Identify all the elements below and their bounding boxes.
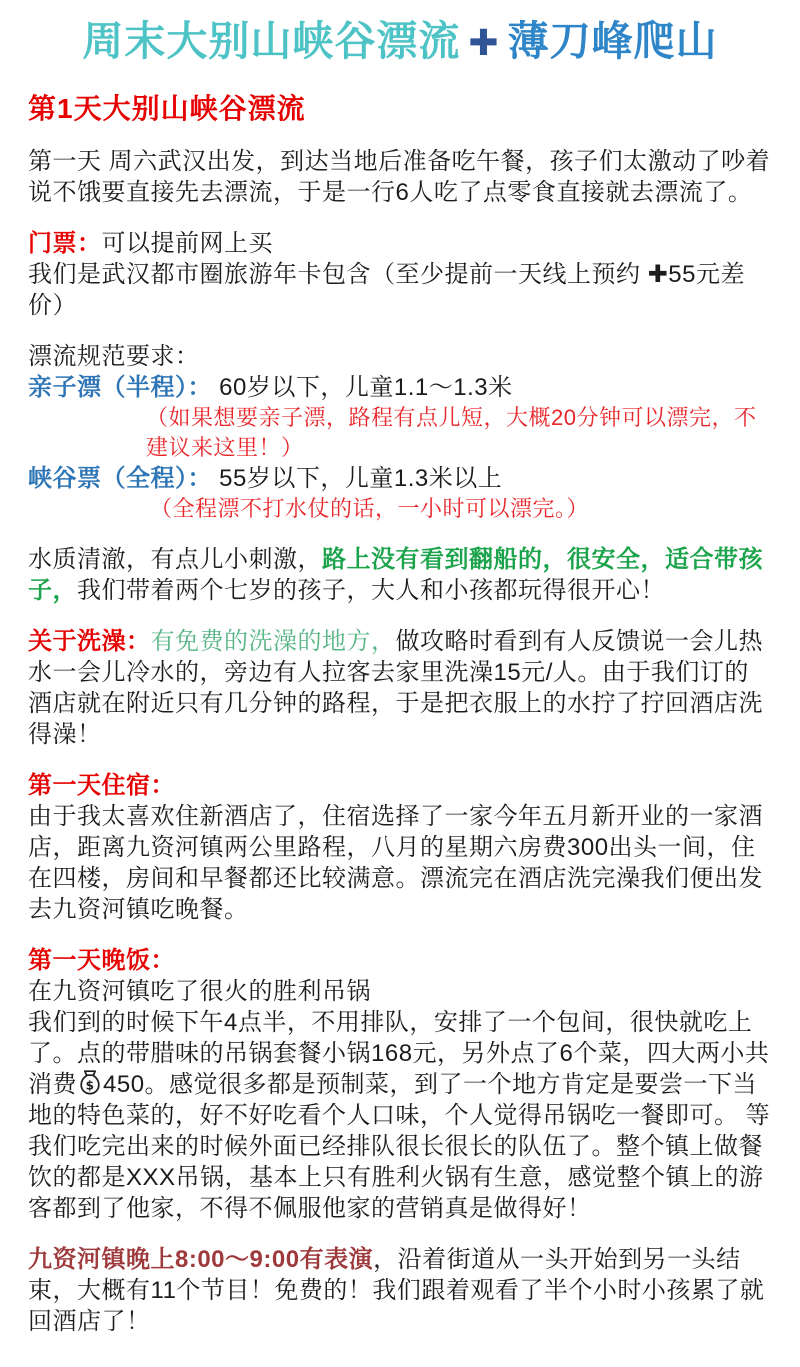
text-run: 450。感觉很多都是预制菜，到了一个地方肯定是要尝一下当地的特色菜的，好不好吃看… (28, 1071, 770, 1222)
dinner-paragraph: 我们到的时候下午4点半，不用排队，安排了一个包间，很快就吃上了。点的带腊味的吊锅… (28, 1007, 772, 1224)
family-raft-line: 亲子漂（半程）： 60岁以下，儿童1.1～1.3米 (28, 372, 772, 403)
canyon-ticket-note: （全程漂不打水仗的话，一小时可以漂完。） (28, 494, 772, 524)
ticket-detail-line: 我们是武汉都市圈旅游年卡包含（至少提前一天线上预约 ✚55元差价） (28, 259, 772, 321)
shower-paragraph: 关于洗澡：有免费的洗澡的地方，做攻略时看到有人反馈说一会儿热水一会儿冷水的，旁边… (28, 626, 772, 750)
ticket-paragraph: 门票：可以提前网上买 (28, 228, 772, 259)
canyon-ticket-line: 峡谷票（全程）： 55岁以下，儿童1.3米以上 (28, 463, 772, 494)
evening-show-paragraph: 九资河镇晚上8:00～9:00有表演，沿着街道从一头开始到另一头结束，大概有11… (28, 1244, 772, 1337)
text-run: 水质清澈，有点儿小刺激， (28, 546, 322, 573)
text-run: （全程漂不打水仗的话，一小时可以漂完。） (150, 496, 589, 521)
text-run: 九资河镇晚上8:00～9:00有表演 (28, 1246, 373, 1273)
text-run: 55岁以下，儿童1.3米以上 (212, 465, 502, 492)
text-run: 可以提前网上买 (102, 230, 274, 257)
text-run: 60岁以下，儿童1.1～1.3米 (212, 374, 513, 401)
travel-notes-page: 周末大别山峡谷漂流✚薄刀峰爬山 第1天大别山峡谷漂流 第一天 周六武汉出发，到达… (0, 0, 800, 1367)
plus-icon: ✚ (468, 22, 499, 63)
water-quality-paragraph: 水质清澈，有点儿小刺激，路上没有看到翻船的，很安全，适合带孩子，我们带着两个七岁… (28, 544, 772, 606)
page-title: 周末大别山峡谷漂流✚薄刀峰爬山 (28, 16, 772, 68)
day1-heading: 第1天大别山峡谷漂流 (28, 92, 772, 126)
text-run: （如果想要亲子漂，路程有点儿短，大概20分钟可以漂完，不建议来这里！） (146, 405, 756, 460)
dinner-heading: 第一天晚饭： (28, 945, 772, 976)
text-run: 第一天住宿： (28, 772, 175, 799)
lodging-heading: 第一天住宿： (28, 770, 772, 801)
text-run: 第一天晚饭： (28, 947, 175, 974)
family-raft-note: （如果想要亲子漂，路程有点儿短，大概20分钟可以漂完，不建议来这里！） (28, 403, 772, 463)
text-run: 漂流规范要求： (28, 343, 200, 370)
text-run: 有免费的洗澡的地方， (151, 628, 396, 655)
intro-paragraph: 第一天 周六武汉出发，到达当地后准备吃午餐，孩子们太激动了吵着说不饿要直接先去漂… (28, 146, 772, 208)
text-run: 第一天 周六武汉出发，到达当地后准备吃午餐，孩子们太激动了吵着说不饿要直接先去漂… (28, 148, 770, 206)
title-hiking-part: 薄刀峰爬山 (508, 18, 718, 64)
money-bag-icon: $ (78, 1069, 102, 1095)
text-run: ： (188, 465, 213, 492)
text-run: 由于我太喜欢住新酒店了，住宿选择了一家今年五月新开业的一家酒店，距离九资河镇两公… (28, 803, 763, 923)
document-body: 第一天 周六武汉出发，到达当地后准备吃午餐，孩子们太激动了吵着说不饿要直接先去漂… (28, 146, 772, 1337)
text-run: 我们带着两个七岁的孩子，大人和小孩都玩得很开心！ (77, 577, 665, 604)
svg-text:$: $ (86, 1079, 95, 1093)
dinner-restaurant-line: 在九资河镇吃了很火的胜利吊锅 (28, 976, 772, 1007)
text-run: 我们是武汉都市圈旅游年卡包含（至少提前一天线上预约 ✚55元差价） (28, 261, 745, 319)
text-run: 峡谷票（全程） (28, 465, 188, 492)
text-run: 关于洗澡： (28, 628, 151, 655)
lodging-paragraph: 由于我太喜欢住新酒店了，住宿选择了一家今年五月新开业的一家酒店，距离九资河镇两公… (28, 801, 772, 925)
title-rafting-part: 周末大别山峡谷漂流 (82, 18, 460, 64)
rafting-rules-heading: 漂流规范要求： (28, 341, 772, 372)
text-run: 在九资河镇吃了很火的胜利吊锅 (28, 978, 371, 1005)
text-run: 门票： (28, 230, 102, 257)
text-run: 亲子漂（半程）： (28, 374, 212, 401)
